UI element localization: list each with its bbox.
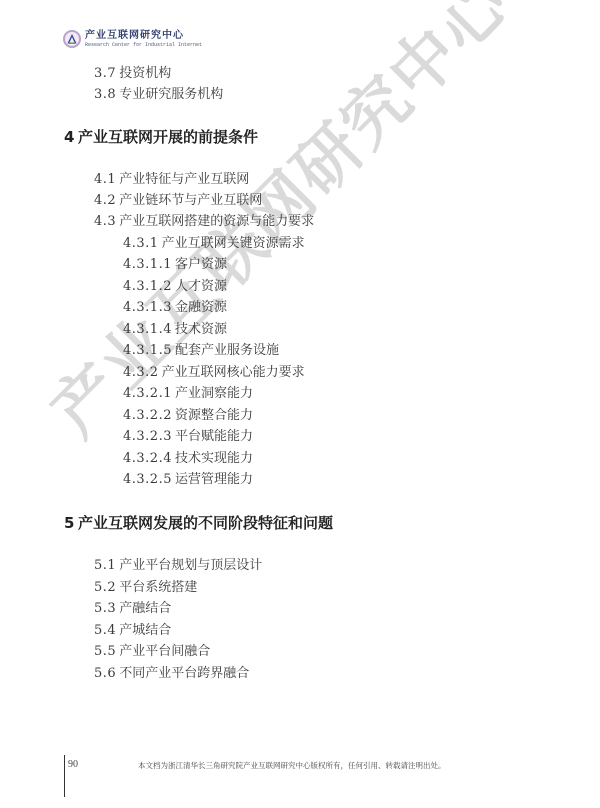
toc-entry-title: 产业链环节与产业互联网 xyxy=(119,193,262,208)
document-page: 产业互联网研究中心 Research Center for Industrial… xyxy=(0,0,600,808)
toc-entry-number: 5.2 xyxy=(94,580,116,595)
toc-entry-title: 配套产业服务设施 xyxy=(175,343,279,358)
toc-entry-title: 不同产业平台跨界融合 xyxy=(119,666,249,681)
toc-entry-number: 4.1 xyxy=(94,172,116,187)
toc-entry: 4.3.2.3平台赋能能力 xyxy=(123,429,253,445)
toc-entry-title: 产融结合 xyxy=(119,601,171,616)
toc-entry-number: 4 xyxy=(64,128,75,146)
toc-entry-number: 4.3.2.3 xyxy=(123,429,172,444)
toc-entry: 5.2平台系统搭建 xyxy=(94,580,197,596)
toc-entry: 4.1产业特征与产业互联网 xyxy=(94,172,249,188)
toc-entry-title: 运营管理能力 xyxy=(175,472,253,487)
toc-entry: 5.5产业平台间融合 xyxy=(94,644,210,660)
toc-entry-number: 4.3.1.2 xyxy=(123,279,172,294)
header-title-cn: 产业互联网研究中心 xyxy=(85,31,202,41)
toc-entry-title: 平台赋能能力 xyxy=(175,429,253,444)
toc-entry-title: 产业平台规划与顶层设计 xyxy=(119,558,262,573)
toc-entry: 3.8专业研究服务机构 xyxy=(94,87,223,103)
toc-entry: 4.3.1.4技术资源 xyxy=(123,322,227,338)
toc-entry-title: 产业洞察能力 xyxy=(175,386,253,401)
toc-entry: 5.4产城结合 xyxy=(94,623,171,639)
toc-entry-number: 3.8 xyxy=(94,87,116,102)
toc-entry-number: 5.3 xyxy=(94,601,116,616)
header-title-en: Research Center for Industrial Internet xyxy=(85,43,202,48)
toc-entry-title: 产城结合 xyxy=(119,623,171,638)
toc-entry-title: 产业平台间融合 xyxy=(119,644,210,659)
toc-entry-title: 投资机构 xyxy=(119,66,171,81)
toc-entry-number: 4.3.2.1 xyxy=(123,386,172,401)
toc-entry: 4.2产业链环节与产业互联网 xyxy=(94,193,262,209)
toc-entry-number: 3.7 xyxy=(94,66,116,81)
toc-entry-number: 4.3.2.5 xyxy=(123,472,172,487)
toc-entry-number: 4.3.2.4 xyxy=(123,451,172,466)
toc-entry: 5.3产融结合 xyxy=(94,601,171,617)
toc-entry-number: 4.3.1.5 xyxy=(123,343,172,358)
toc-entry-title: 技术资源 xyxy=(175,322,227,337)
toc-entry-title: 产业互联网关键资源需求 xyxy=(162,236,305,251)
toc-entry: 3.7投资机构 xyxy=(94,66,171,82)
toc-entry-title: 人才资源 xyxy=(175,279,227,294)
toc-entry-title: 技术实现能力 xyxy=(175,451,253,466)
toc-entry-title: 专业研究服务机构 xyxy=(119,87,223,102)
toc-entry-title: 产业互联网发展的不同阶段特征和问题 xyxy=(78,514,333,532)
toc-entry-title: 产业互联网核心能力要求 xyxy=(162,365,305,380)
toc-entry: 4.3.2.1产业洞察能力 xyxy=(123,386,253,402)
toc-entry: 5.1产业平台规划与顶层设计 xyxy=(94,558,262,574)
toc-entry-number: 4.3.1.4 xyxy=(123,322,172,337)
toc-entry-number: 5.5 xyxy=(94,644,116,659)
toc-entry-number: 5.4 xyxy=(94,623,116,638)
toc-chapter-heading: 4产业互联网开展的前提条件 xyxy=(64,129,258,145)
toc-entry: 4.3.2.4技术实现能力 xyxy=(123,451,253,467)
footer-divider xyxy=(64,755,65,797)
toc-entry: 4.3.1产业互联网关键资源需求 xyxy=(123,236,305,252)
toc-entry-number: 4.3.1 xyxy=(123,236,159,251)
toc-entry: 4.3.2.5运营管理能力 xyxy=(123,472,253,488)
copyright-notice: 本文档为浙江清华长三角研究院产业互联网研究中心版权所有，任何引用、转载请注明出处… xyxy=(138,760,446,771)
toc-entry-number: 5.1 xyxy=(94,558,116,573)
toc-entry-title: 金融资源 xyxy=(175,300,227,315)
toc-chapter-heading: 5产业互联网发展的不同阶段特征和问题 xyxy=(64,515,333,531)
toc-entry: 4.3.1.2人才资源 xyxy=(123,279,227,295)
toc-entry-number: 4.3.1.3 xyxy=(123,300,172,315)
header-logo: 产业互联网研究中心 Research Center for Industrial… xyxy=(63,30,202,48)
page-number: 90 xyxy=(68,759,78,770)
toc-entry-number: 4.3.1.1 xyxy=(123,257,172,272)
research-center-logo-icon xyxy=(63,30,81,48)
toc-entry-number: 4.3 xyxy=(94,214,116,229)
toc-entry-number: 5.6 xyxy=(94,666,116,681)
toc-entry-title: 平台系统搭建 xyxy=(119,580,197,595)
toc-entry-title: 资源整合能力 xyxy=(175,408,253,423)
toc-entry-number: 4.2 xyxy=(94,193,116,208)
toc-entry: 4.3产业互联网搭建的资源与能力要求 xyxy=(94,214,314,230)
toc-entry-number: 4.3.2 xyxy=(123,365,159,380)
toc-entry-title: 产业互联网开展的前提条件 xyxy=(78,128,258,146)
toc-entry: 5.6不同产业平台跨界融合 xyxy=(94,666,249,682)
toc-entry-title: 产业特征与产业互联网 xyxy=(119,172,249,187)
toc-entry-number: 4.3.2.2 xyxy=(123,408,172,423)
toc-entry-number: 5 xyxy=(64,514,75,532)
toc-entry: 4.3.2产业互联网核心能力要求 xyxy=(123,365,305,381)
toc-entry: 4.3.1.1客户资源 xyxy=(123,257,227,273)
toc-entry-title: 客户资源 xyxy=(175,257,227,272)
toc-entry: 4.3.2.2资源整合能力 xyxy=(123,408,253,424)
toc-entry: 4.3.1.3金融资源 xyxy=(123,300,227,316)
toc-entry: 4.3.1.5配套产业服务设施 xyxy=(123,343,279,359)
toc-entry-title: 产业互联网搭建的资源与能力要求 xyxy=(119,214,314,229)
